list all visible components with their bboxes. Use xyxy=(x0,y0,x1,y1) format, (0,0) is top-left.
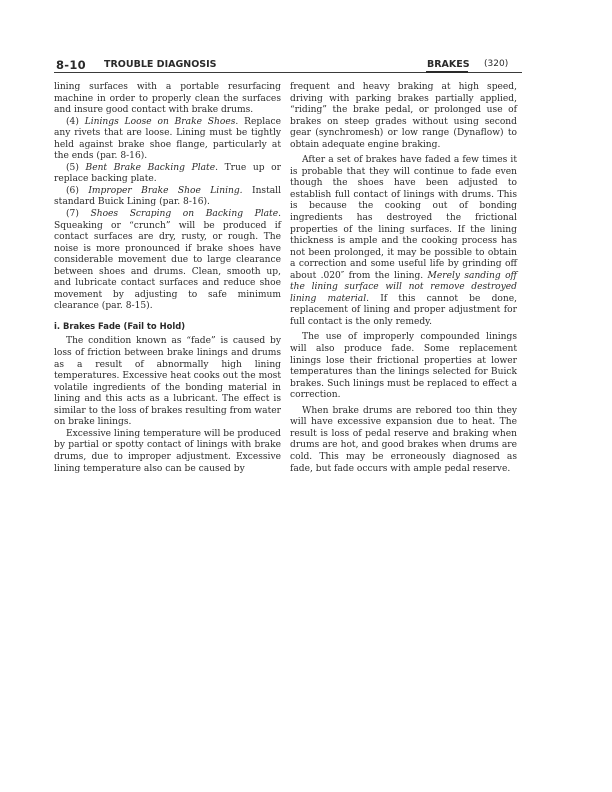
left-column: lining surfaces with a portable resurfac… xyxy=(54,82,281,475)
paragraph-rebored-drums: When brake drums are rebored too thin th… xyxy=(290,406,517,475)
paragraph-improper-linings: The use of improperly compounded linings… xyxy=(290,332,517,401)
item-5-title: Bent Brake Backing Plate. xyxy=(86,163,218,173)
paragraph-after-faded-text-a: After a set of brakes have faded a few t… xyxy=(290,155,517,280)
page-number: 8-10 xyxy=(56,58,86,72)
subheading-brakes-fade: i. Brakes Fade (Fail to Hold) xyxy=(54,321,281,333)
paragraph-fade: The condition known as “fade” is caused … xyxy=(54,336,281,428)
item-5: (5) Bent Brake Backing Plate. True up or… xyxy=(54,163,281,186)
paragraph-continued-right: frequent and heavy braking at high speed… xyxy=(290,82,517,151)
item-6-number: (6) xyxy=(66,186,88,196)
item-7: (7) Shoes Scraping on Backing Plate. Squ… xyxy=(54,209,281,313)
paragraph-excessive-temperature: Excessive lining temperature will be pro… xyxy=(54,429,281,475)
chapter-underline xyxy=(426,71,468,73)
item-4: (4) Linings Loose on Brake Shoes. Replac… xyxy=(54,117,281,163)
page-reference: (320) xyxy=(484,59,508,69)
right-column: frequent and heavy braking at high speed… xyxy=(290,82,517,475)
item-5-number: (5) xyxy=(66,163,86,173)
paragraph-continued: lining surfaces with a portable resurfac… xyxy=(54,82,281,117)
item-7-text: Squeaking or “crunch” will be produced i… xyxy=(54,221,281,312)
item-4-number: (4) xyxy=(66,117,85,127)
item-7-title: Shoes Scraping on Backing Plate. xyxy=(90,209,281,219)
chapter-title: BRAKES xyxy=(427,59,470,70)
page-header: 8-10 TROUBLE DIAGNOSIS BRAKES (320) xyxy=(54,58,522,73)
item-4-title: Linings Loose on Brake Shoes. xyxy=(85,117,239,127)
item-6: (6) Improper Brake Shoe Lining. Install … xyxy=(54,186,281,209)
item-6-title: Improper Brake Shoe Lining. xyxy=(88,186,242,196)
section-title: TROUBLE DIAGNOSIS xyxy=(104,59,217,70)
paragraph-after-faded: After a set of brakes have faded a few t… xyxy=(290,155,517,328)
item-7-number: (7) xyxy=(66,209,90,219)
